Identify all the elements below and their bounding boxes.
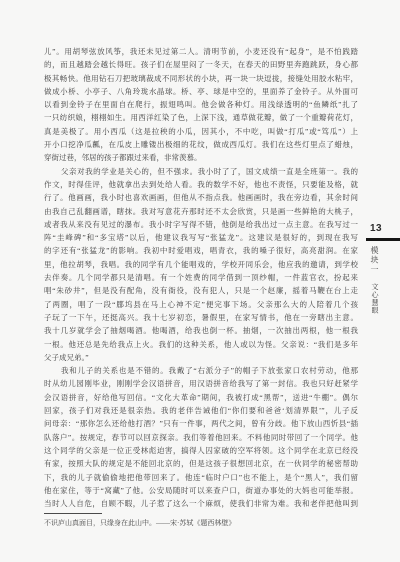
module-title: 文心慧眼 [370,283,380,314]
text-line: 有家，按照大队的规定是不能回北京的，但是这孩子很想回北京，在一伙同学的秘密帮助 [44,457,358,470]
text-line: 子玩了一下午，还挺高兴。我十七岁初恋，暑假里，在家写情书，他在一旁瞎出主意。 [44,311,358,324]
text-line: 父子成兄弟。” [44,351,358,364]
text-line: 行了。他画画，我小时也喜欢画画，但他从不指点我。他画画时，我在旁边看，其余时间 [44,191,358,204]
text-line: 队落户”。按规定，春节可以回京探亲。我们等着他回来。不料他同时带回了一个同学。他 [44,431,358,444]
text-line: 我十几岁就学会了抽烟喝酒。他喝酒，给我也倒一杯。抽烟，一次抽出两根，他一根我 [44,324,358,337]
text-line: 一只纺织娘，栩栩如生。用西洋红染了色，上深下浅，通草做花瓣，做了一个重瓣荷花灯， [44,111,358,124]
text-line: 一根。他还总是先给我点上火。我们的这种关系，他人或以为怪。父亲说：“我们是多年 [44,338,358,351]
text-line: 下，我的儿子就偷偷地把他带回来了。他连“临时户口”也不能上，是个“黑人”，我们留 [44,471,358,484]
text-line: 问母亲：“那你怎么还给他打酒？”只有一件事，两代之间，曾有分歧。他下放山西忻县“… [44,417,358,430]
text-line: 真是美极了。用小西瓜（这是拉秧的小瓜，因其小，不中吃，叫做“打瓜”或“笃瓜”）上 [44,125,358,138]
text-line: 这个同学的父亲是一位正受林彪迫害，搞得人囚家破的空军将领。这个同学在北京已经没 [44,444,358,457]
text-line: 回家，孩子们对我还是很亲热。我的老伴告诫他们“你们要和爸爸‘划清界限’”，儿子反 [44,404,358,417]
text-line: 唱“朱砂井”，但是没有配角，没有衙役，没有犯人，只是一个赵廉，摇着马鞭在台上走 [44,284,358,297]
page-number: 13 [362,223,390,234]
text-line: 阵“圭峰碑”和“多宝塔”以后，他建议我写写“张猛龙”。这建议是很好的，到现在我写 [44,231,358,244]
text-line: 做成小桥、小亭子、八角玲珑水晶球。桥、亭、球是中空的，里面养了金铃子。从外面可 [44,85,358,98]
text-line: 当时人人自危，自顾不暇，儿子惹了这么一个麻烦，使我们非常为难。我和老伴把他叫到 [44,497,358,510]
text-line: 作文，时得佳评，他就拿出去到处给人看。我的数学不好，他也不责怪，只要能及格，就 [44,178,358,191]
text-line: 以看到金铃子在里面自在爬行，振翅鸣叫。他会做各种灯。用浅绿透明的“鱼鳞纸”扎了 [44,98,358,111]
footnote-divider [44,513,102,514]
text-line: 时从幼儿园刚毕业，刚刚学会汉语拼音，用汉语拼音给我写了第一封信。我也只好赶紧学 [44,377,358,390]
text-line: 的字还有“张猛龙”的影响。我初中时爱唱戏，唱青衣，我的嗓子很好，高亮甜润。在家 [44,244,358,257]
text-line: 他在家住，等于“窝藏”了他。公安局随时可以来查户口，街道办事处的大妈也可能举报。 [44,484,358,497]
text-line: 父亲对我的学业是关心的，但不强求。我小时了了，国文成绩一直是全班第一。我的 [44,165,358,178]
text-line: 或者我从来没有见过的瀑布。我小时字写得不错，他倒是给我出过一点主意。在我写过一 [44,218,358,231]
text-line: 开小口挖净瓜瓤，在瓜皮上雕镂出极细的花纹，做成西瓜灯。我们在这些灯里点了蜡烛， [44,138,358,151]
text-line: 我和儿子的关系也是不错的。我戴了“右派分子”的帽子下放张家口农村劳动，他那 [44,364,358,377]
text-line: 会汉语拼音，好给他写回信。“文化大革命”期间，我被打成“黑帮”，送进“牛棚”。偶… [44,391,358,404]
text-line: 儿”。用胡琴弦放风筝，我还未见过第二人。清明节前，小麦还没有“起身”，是不怕践踏 [44,45,358,58]
footnote-text: 不识庐山真面目，只缘身在此山中。——宋·苏轼《题西林壁》 [44,518,344,529]
sidebar-rule [366,238,400,241]
text-line: 了两圈，唱了一段“郿坞县在马上心神不定”便完事下场。父亲那么大的人陪着几个孩 [44,298,358,311]
text-line: 里，他拉胡琴，我唱。我的同学有几个能唱戏的，学校开同乐会，他应我的邀请，到学校 [44,258,358,271]
module-label: 模块一 [369,246,380,275]
text-line: 的，而且越踏会越长得旺。孩子们在屋里闷了一冬天，在春天的田野里奔跑跳跃，身心都 [44,58,358,71]
text-line: 穿街过巷，邻居的孩子都跟过来看，非常羡慕。 [44,151,358,164]
book-page: 儿”。用胡琴弦放风筝，我还未见过第二人。清明节前，小麦还没有“起身”，是不怕践踏… [0,0,400,562]
text-line: 去伴奏。几个同学都只是清唱。有一个姓费的同学借到一顶纱帽，一件蓝官衣，扮起来 [44,271,358,284]
text-line: 极其畅快。他用钻石刀把玻璃裁成不同形状的小块，再一块一块逗拢，接缝处用胶水粘牢， [44,72,358,85]
text-line: 由我自己乱翻画谱，瞎抹。我对写意花卉那时还不太会欣赏，只是画一些鲜艳的大桃子， [44,205,358,218]
body-text: 儿”。用胡琴弦放风筝，我还未见过第二人。清明节前，小麦还没有“起身”，是不怕践踏… [44,45,358,510]
